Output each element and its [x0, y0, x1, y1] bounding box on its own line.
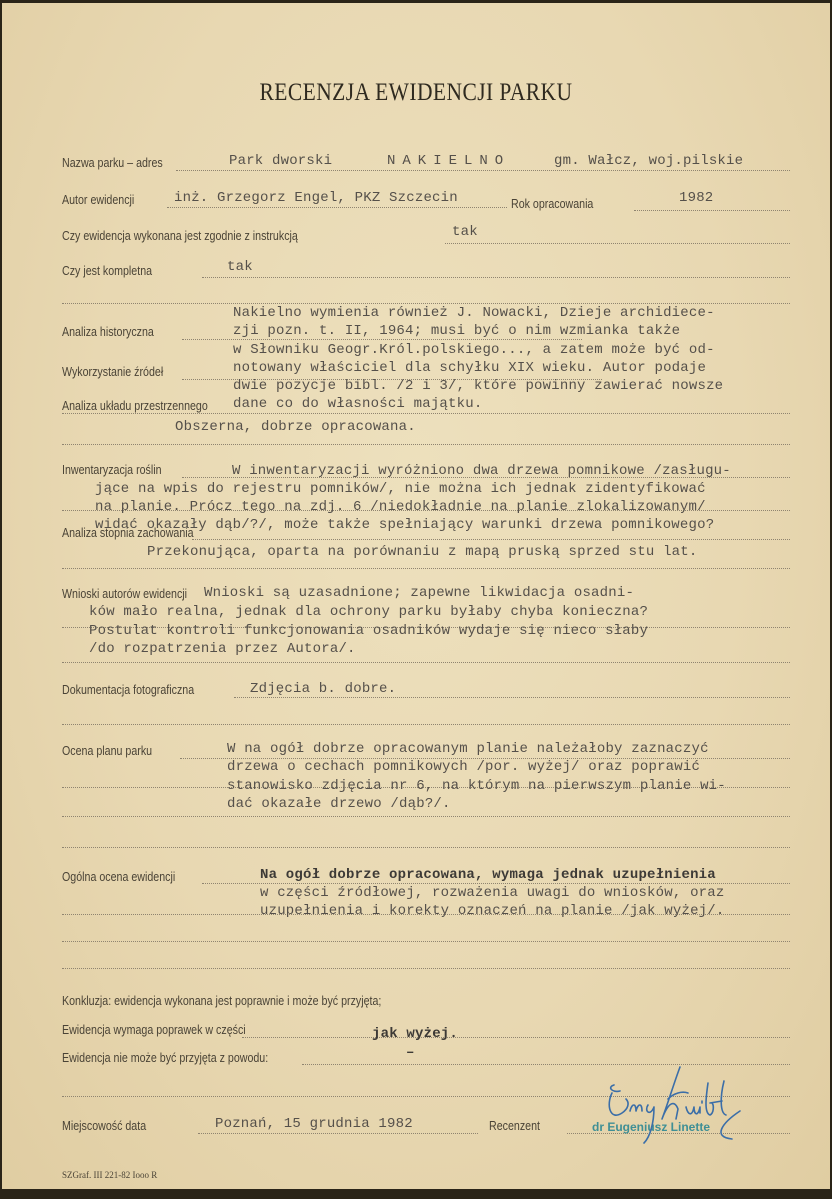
photo-documentation-line — [234, 697, 790, 698]
historical-line-4: notowany właściciel dla schyłku XIX wiek… — [233, 360, 706, 376]
park-name-line — [176, 170, 790, 171]
overall-assessment-line-3 — [62, 941, 790, 942]
complete-label: Czy jest kompletna — [62, 263, 152, 278]
photo-documentation-line-2 — [62, 724, 790, 725]
overall-assessment-line-4 — [62, 968, 790, 969]
overall-line-2: w części źródłowej, rozważenia uwagi do … — [260, 885, 724, 901]
preservation-analysis-label: Analiza stopnia zachowania — [62, 525, 194, 540]
needs-corrections-line — [242, 1037, 790, 1038]
author-conclusions-line-2 — [62, 662, 790, 663]
overall-line-3: uzupełnienia i korekty oznaczeń na plani… — [260, 903, 724, 919]
preservation-analysis-value: Przekonująca, oparta na porównaniu z map… — [147, 544, 698, 560]
photo-documentation-value: Zdjęcia b. dobre. — [250, 681, 396, 697]
plan-line-4: dać okazałe drzewo /dąb?/. — [227, 796, 451, 812]
place-date-value: Poznań, 15 grudnia 1982 — [215, 1116, 413, 1132]
park-name-value-prefix: Park dworski — [229, 153, 332, 169]
place-date-label: Miejscowość data — [62, 1118, 146, 1133]
per-instruction-value: tak — [452, 224, 478, 240]
park-name-value-spaced: NAKIELNO — [387, 153, 510, 169]
plan-assessment-label: Ocena planu parku — [62, 743, 152, 758]
sources-use-label: Wykorzystanie źródeł — [62, 364, 163, 379]
conclusions-line-3: Postulat kontroli funkcjonowania osadnik… — [89, 623, 648, 639]
plant-line-3: na planie. Prócz tego na zdj. 6 /niedokł… — [95, 499, 706, 515]
plant-line-1: W inwentaryzacji wyróżniono dwa drzewa p… — [232, 463, 731, 479]
photo-documentation-label: Dokumentacja fotograficzna — [62, 682, 194, 697]
page-title: RECENZJA EWIDENCJI PARKU — [60, 79, 772, 107]
spatial-analysis-value: Obszerna, dobrze opracowana. — [175, 419, 416, 435]
year-line — [634, 210, 790, 211]
place-date-line — [198, 1133, 478, 1134]
reviewer-label: Recenzent — [489, 1118, 540, 1133]
overall-line-1: Na ogół dobrze opracowana, wymaga jednak… — [260, 867, 716, 883]
plan-line-3: stanowisko zdjęcia nr 6, na którym na pi… — [227, 778, 726, 794]
complete-value: tak — [227, 259, 253, 275]
spatial-analysis-label: Analiza układu przestrzennego — [62, 398, 208, 413]
author-conclusions-label: Wnioski autorów ewidencji — [62, 586, 187, 601]
historical-analysis-line — [182, 339, 582, 340]
per-instruction-line — [445, 243, 790, 244]
author-label: Autor ewidencji — [62, 192, 134, 207]
overall-blank-line — [62, 847, 790, 848]
needs-corrections-label: Ewidencja wymaga poprawek w części — [62, 1022, 246, 1037]
print-footer: SZGraf. III 221-82 Iooo R — [62, 1170, 157, 1180]
author-line — [167, 207, 507, 208]
historical-line-1: Nakielno wymienia również J. Nowacki, Dz… — [233, 305, 715, 321]
not-accepted-label: Ewidencja nie może być przyjęta z powodu… — [62, 1050, 268, 1065]
plan-assessment-line-3 — [62, 816, 790, 817]
historical-analysis-label: Analiza historyczna — [62, 324, 154, 339]
spatial-analysis-line — [62, 413, 790, 414]
overall-assessment-label: Ogólna ocena ewidencji — [62, 869, 175, 884]
per-instruction-label: Czy ewidencja wykonana jest zgodnie z in… — [62, 228, 298, 243]
plant-inventory-label: Inwentaryzacja roślin — [62, 462, 162, 477]
preservation-analysis-line-2 — [62, 568, 790, 569]
year-label: Rok opracowania — [511, 196, 593, 211]
preservation-analysis-line — [192, 539, 790, 540]
historical-line-2: zji pozn. t. II, 1964; musi być o nim wz… — [233, 323, 680, 339]
plant-line-2: jące na wpis do rejestru pomników/, nie … — [95, 481, 706, 497]
complete-line — [202, 277, 790, 278]
spatial-analysis-line-2 — [62, 444, 790, 445]
conclusions-line-1: Wnioski są uzasadnione; zapewne likwidac… — [204, 585, 634, 601]
not-accepted-value: – — [406, 1045, 415, 1061]
historical-line-3: w Słowniku Geogr.Król.polskiego..., a za… — [233, 342, 715, 358]
needs-corrections-value: jak wyżej. — [372, 1026, 458, 1042]
historical-line-5: dwie pozycje bibl. /2 i 3/, które powinn… — [233, 378, 723, 394]
conclusion-label: Konkluzja: ewidencja wykonana jest popra… — [62, 993, 381, 1008]
plan-line-2: drzewa o cechach pomnikowych /por. wyżej… — [227, 759, 700, 775]
conclusions-line-2: ków mało realna, jednak dla ochrony park… — [89, 604, 648, 620]
park-name-value-suffix: gm. Wałcz, woj.pilskie — [554, 153, 743, 169]
conclusions-line-4: /do rozpatrzenia przez Autora/. — [89, 641, 356, 657]
blank-line — [62, 303, 790, 304]
park-name-label: Nazwa parku – adres — [62, 155, 163, 170]
overall-assessment-line — [202, 883, 790, 884]
year-value: 1982 — [679, 190, 713, 206]
plan-line-1: W na ogół dobrze opracowanym planie nale… — [227, 741, 709, 757]
author-value: inż. Grzegorz Engel, PKZ Szczecin — [174, 190, 458, 206]
historical-line-6: dane co do własności majątku. — [233, 396, 482, 412]
review-form-page: RECENZJA EWIDENCJI PARKU Nazwa parku – a… — [2, 3, 830, 1189]
reviewer-signature — [602, 1063, 752, 1163]
